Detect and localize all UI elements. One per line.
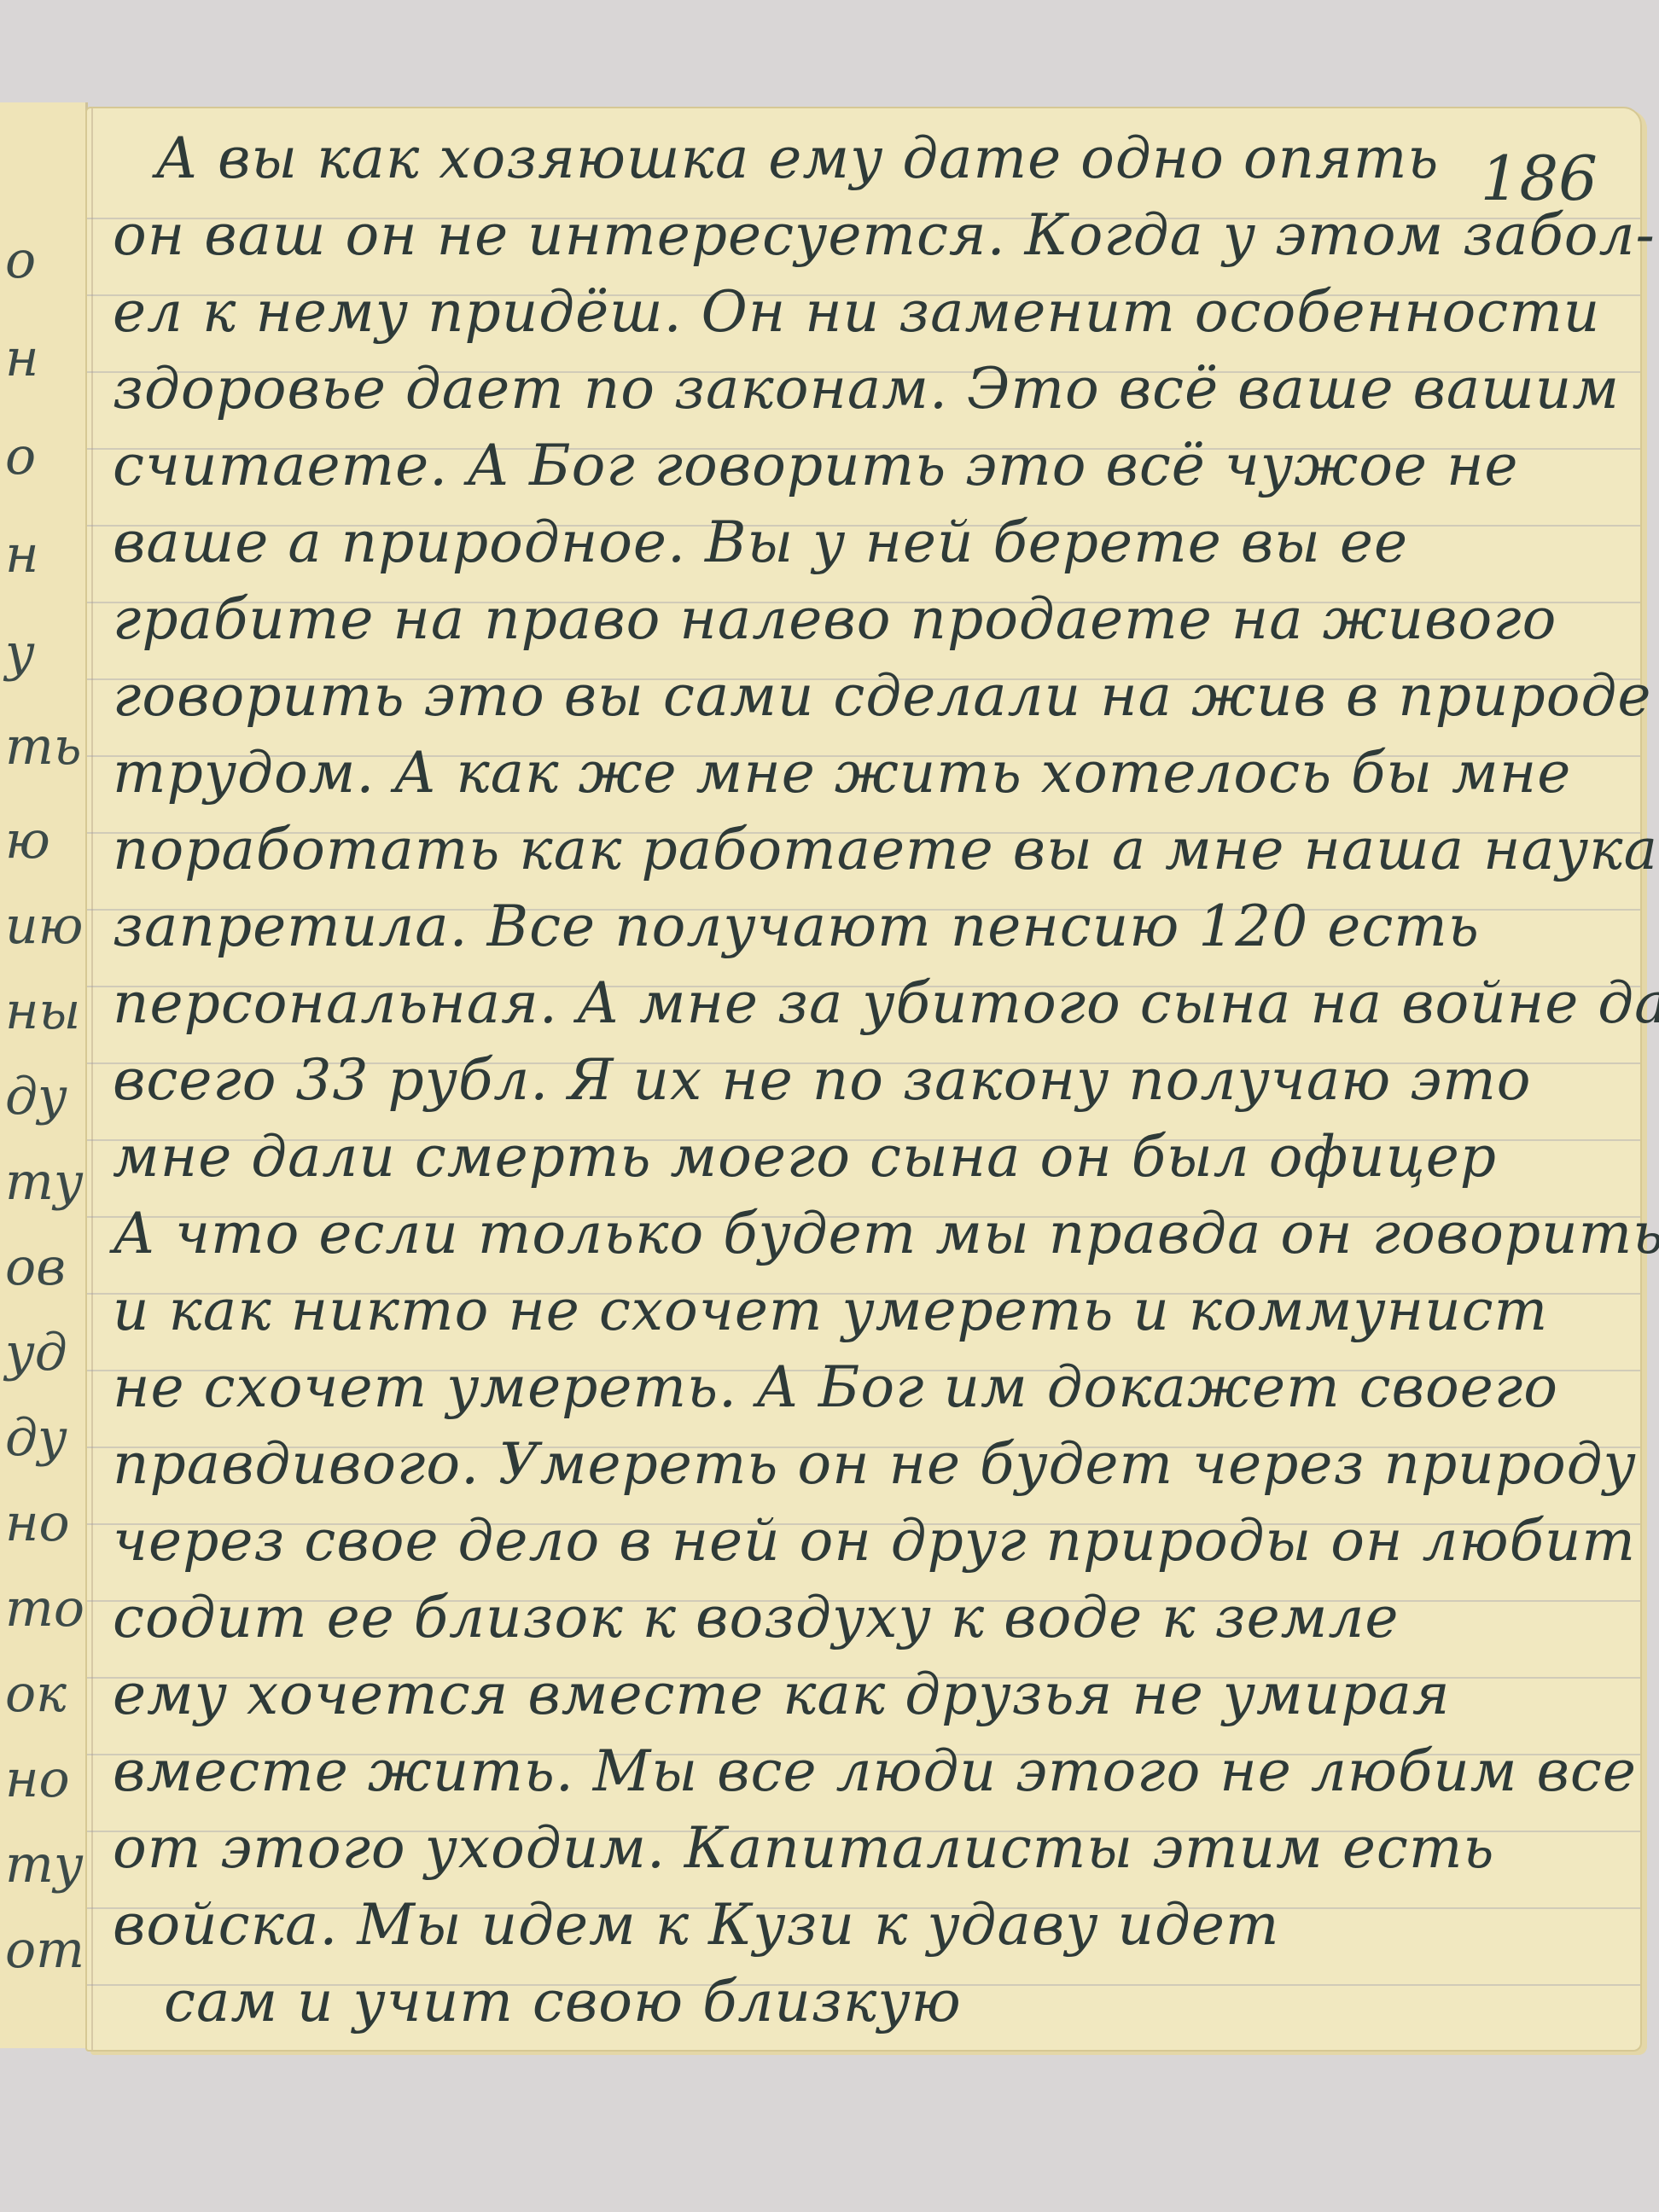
left-fragment: уд xyxy=(5,1323,67,1382)
text-line: содит ее близок к воздуху к воде к земле xyxy=(113,1585,1399,1650)
text-line: А что если только будет мы правда он гов… xyxy=(113,1201,1659,1266)
text-line: грабите на право налево продаете на живо… xyxy=(113,586,1557,652)
left-fragment: от xyxy=(5,1920,84,1980)
left-fragment: ду xyxy=(5,1067,67,1126)
left-fragment: о xyxy=(5,427,36,486)
left-fragment: ту xyxy=(5,1835,84,1895)
left-fragment: ов xyxy=(5,1237,66,1297)
text-line: ему хочется вместе как друзья не умирая xyxy=(113,1662,1451,1727)
text-line: здоровье дает по законам. Это всё ваше в… xyxy=(113,356,1620,422)
left-fragment: у xyxy=(5,623,35,683)
margin-line xyxy=(91,108,93,2050)
notebook-page: 186 А вы как хозяюшка ему дате одно опят… xyxy=(85,107,1642,2052)
left-fragment: ду xyxy=(5,1408,67,1468)
left-fragment: н xyxy=(5,525,39,585)
left-fragment: ны xyxy=(5,981,80,1041)
left-fragment: ту xyxy=(5,1152,84,1212)
text-line: мне дали смерть моего сына он был офицер xyxy=(113,1124,1497,1190)
text-line: через свое дело в ней он друг природы он… xyxy=(113,1508,1636,1574)
left-fragment: н xyxy=(5,329,39,388)
text-line: А вы как хозяюшка ему дате одно опять xyxy=(155,125,1439,191)
text-line: вместе жить. Мы все люди этого не любим … xyxy=(113,1738,1637,1804)
left-page-edge: о н о н у ть ю ию ны ду ту ов уд ду но т… xyxy=(0,102,88,2048)
text-line: запретила. Все получают пенсию 120 есть xyxy=(113,894,1480,959)
left-fragment: о xyxy=(5,230,36,290)
left-fragment: но xyxy=(5,1493,70,1553)
text-line: от этого уходим. Капиталисты этим есть xyxy=(113,1815,1494,1881)
text-line: трудом. А как же мне жить хотелось бы мн… xyxy=(113,740,1571,806)
left-fragment: но xyxy=(5,1749,70,1809)
text-line: сам и учит свою близкую xyxy=(164,1969,962,2034)
left-fragment: ию xyxy=(5,896,83,956)
left-fragment: ю xyxy=(5,811,50,870)
text-line: войска. Мы идем к Кузи к удаву идет xyxy=(113,1892,1280,1958)
left-fragment: ть xyxy=(5,717,82,777)
text-line: правдивого. Умереть он не будет через пр… xyxy=(113,1431,1637,1497)
text-line: не схочет умереть. А Бог им докажет свое… xyxy=(113,1354,1558,1420)
text-line: персональная. А мне за убитого сына на в… xyxy=(113,970,1659,1036)
left-fragment: то xyxy=(5,1579,84,1639)
left-fragment: ок xyxy=(5,1664,67,1724)
text-line: поработать как работаете вы а мне наша н… xyxy=(113,817,1658,882)
text-line: всего 33 рубл. Я их не по закону получаю… xyxy=(113,1047,1532,1113)
text-line: ваше а природное. Вы у ней берете вы ее xyxy=(113,509,1408,575)
text-line: ел к нему придёш. Он ни заменит особенно… xyxy=(113,279,1600,345)
text-line: говорить это вы сами сделали на жив в пр… xyxy=(113,663,1651,729)
text-line: он ваш он не интересуется. Когда у этом … xyxy=(113,202,1656,268)
text-line: и как никто не схочет умереть и коммунис… xyxy=(113,1278,1548,1343)
text-line: считаете. А Бог говорить это всё чужое н… xyxy=(113,433,1519,498)
